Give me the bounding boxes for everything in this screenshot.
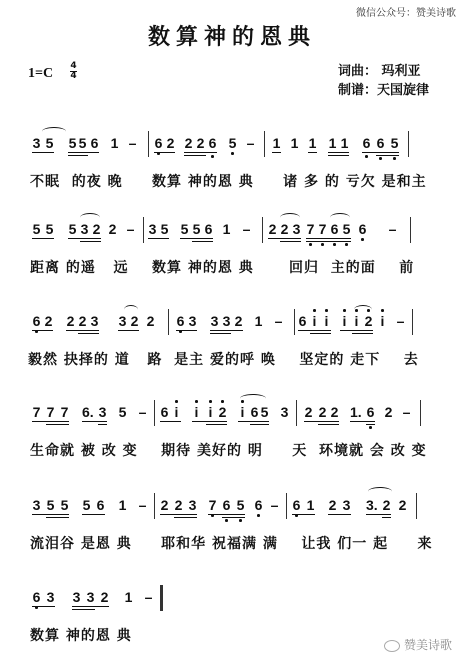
key-signature: 1=C [28, 66, 53, 82]
credit-notation: 制谱：天国旋律 [338, 81, 429, 100]
wechat-icon [384, 640, 400, 652]
lyrics-line: 流泪谷 是恩 典 耶和华 祝福满 满 让我 们一 起 来 [30, 533, 432, 553]
time-signature-top: 4 [70, 62, 77, 71]
time-signature: 4 4 [70, 62, 77, 81]
lyrics-line: 数算 神的恩 典 [30, 625, 132, 645]
watermark-top: 微信公众号：赞美诗歌 [356, 4, 456, 19]
credit-lyrics-music: 词曲： 玛利亚 [338, 62, 429, 81]
lyrics-line: 不眠 的夜 晚 数算 神的恩 典 诸 多 的 亏欠 是和主 [30, 171, 427, 191]
lyrics-line: 毅然 抉择的 道 路 是主 爱的呼 唤 坚定的 走下 去 [28, 349, 419, 369]
credits: 词曲： 玛利亚 制谱：天国旋律 [338, 62, 429, 100]
song-title: 数算神的恩典 [0, 20, 464, 51]
watermark-bottom-text: 赞美诗歌 [404, 638, 452, 652]
time-signature-bottom: 4 [70, 72, 77, 81]
watermark-bottom: 赞美诗歌 [384, 636, 452, 653]
lyrics-line: 距离 的遥 远 数算 神的恩 典 回归 主的面 前 [30, 257, 414, 277]
lyrics-line: 生命就 被 改 变 期待 美好的 明 天 环境就 会 改 变 [30, 440, 427, 460]
